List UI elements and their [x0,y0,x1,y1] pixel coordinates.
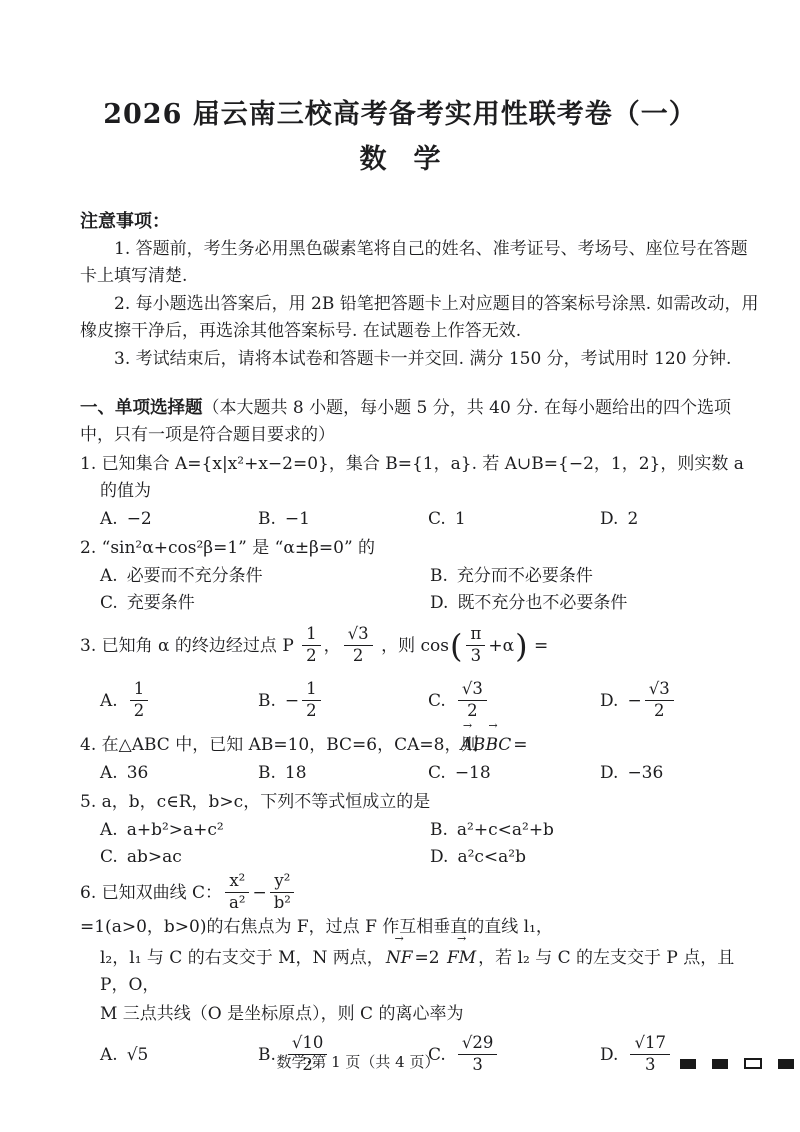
fraction-numerator: y² [270,872,294,893]
fraction-denominator: 2 [302,646,321,666]
option-text: 18 [285,760,307,787]
fraction-denominator: 2 [302,701,321,721]
stem-text: = [529,633,549,660]
exam-subject: 数 学 [0,137,800,176]
question-2-options: A.必要而不充分条件 B.充分而不必要条件 C.充要条件 D.既不充分也不必要条… [80,563,762,617]
exam-title: 2026 届云南三校高考备考实用性联考卷（一） [0,92,800,131]
option-d: D.−√32 [600,674,762,728]
option-a: A.12 [100,674,258,728]
fraction-denominator: a² [225,893,249,913]
stem-text: =2 [414,948,444,968]
notice-item-2: 2. 每小题选出答案后，用 2B 铅笔把答题卡上对应题目的答案标号涂黑. 如需改… [80,291,762,345]
fraction-denominator: 3 [467,646,486,666]
question-6-stem-line-2: l₂，l₁ 与 C 的右支交于 M，N 两点，NF=2 FM，若 l₂ 与 C … [80,943,762,999]
option-text: −36 [627,760,663,787]
left-paren: ( [449,630,463,662]
equals-sign: = [513,735,527,755]
print-mark-1 [680,1059,696,1069]
fraction-denominator: b² [270,893,295,913]
fraction-numerator: x² [225,872,249,893]
page-footer: 数学·第 1 页（共 4 页） [0,1051,758,1072]
fraction-numerator: 1 [302,680,321,701]
option-text: −1 [285,506,310,533]
stem-text: l₂，l₁ 与 C 的右支交于 M，N 两点， [100,948,384,968]
fraction-numerator: √3 [344,625,373,646]
fraction: √32 [344,625,373,666]
fraction-denominator: 2 [349,646,368,666]
fraction: 12 [130,680,149,721]
option-label: D. [430,844,448,871]
option-text: a²+c<a²+b [457,817,554,844]
option-text: a+b²>a+c² [127,817,224,844]
option-sign: − [285,688,299,715]
option-a: A.必要而不充分条件 [100,563,430,590]
option-b: B.充分而不必要条件 [430,563,762,590]
option-b: B.a²+c<a²+b [430,817,762,844]
stem-text: 4. 在△ABC 中，已知 AB=10，BC=6，CA=8，则 [80,735,478,755]
option-label: C. [428,760,446,787]
question-6-stem-line-1: 6. 已知双曲线 C： x²a² − y²b² =1(a>0，b>0)的右焦点为… [80,873,762,941]
question-2-stem: 2. “sin²α+cos²β=1” 是 “α±β=0” 的 [80,535,762,562]
vector-NF: NF [386,943,413,972]
option-text: −18 [455,760,491,787]
option-c: C.ab>ac [100,844,430,871]
print-mark-3 [744,1058,762,1069]
option-label: D. [430,590,448,617]
fraction-denominator: 2 [463,701,482,721]
option-c: C.充要条件 [100,590,430,617]
question-5-options: A.a+b²>a+c² B.a²+c<a²+b C.ab>ac D.a²c<a²… [80,817,762,871]
question-4-stem: 4. 在△ABC 中，已知 AB=10，BC=6，CA=8，则AB · BC= [80,730,762,759]
stem-text: +α [488,633,514,660]
option-c: C.−18 [428,760,600,787]
option-label: A. [100,563,118,590]
print-mark-2 [712,1059,728,1069]
fraction: y²b² [270,872,295,913]
stem-text: ，则 cos [376,633,449,660]
option-label: B. [258,506,276,533]
option-label: D. [600,760,618,787]
option-d: D.既不充分也不必要条件 [430,590,762,617]
option-text: 充要条件 [127,590,195,617]
option-label: C. [428,688,446,715]
fraction-numerator: 1 [302,625,321,646]
option-d: D.a²c<a²b [430,844,762,871]
vector-FM: FM [447,943,476,972]
option-text: 必要而不充分条件 [127,563,263,590]
print-registration-marks [680,1058,794,1069]
option-label: A. [100,506,118,533]
option-text: 充分而不必要条件 [457,563,593,590]
option-text: ab>ac [127,844,182,871]
option-label: B. [258,688,276,715]
section-title: 一、单项选择题（本大题共 8 小题，每小题 5 分，共 40 分. 在每小题给出… [80,395,762,449]
stem-text: 6. 已知双曲线 C： [80,880,222,907]
option-a: A.−2 [100,506,258,533]
fraction: 12 [302,625,321,666]
question-3-options: A.12 B.−12 C.√32 D.−√32 [80,674,762,728]
right-paren: ) [514,630,528,662]
option-text: 1 [455,506,466,533]
question-1-options: A.−2 B.−1 C.1 D.2 [80,506,762,533]
option-b: B.−12 [258,674,428,728]
fraction-numerator: π [466,625,485,646]
fraction: √32 [645,680,674,721]
option-label: B. [258,760,276,787]
option-label: C. [100,590,118,617]
option-label: D. [600,506,618,533]
option-d: D.−36 [600,760,762,787]
minus-sign: − [253,880,267,907]
page-content: 注意事项： 1. 答题前，考生务必用黑色碳素笔将自己的姓名、准考证号、考场号、座… [80,208,762,1083]
fraction: π3 [466,625,485,666]
question-6-stem-line-3: M 三点共线（O 是坐标原点），则 C 的离心率为 [80,1001,762,1028]
fraction-denominator: 2 [130,701,149,721]
option-text: 既不充分也不必要条件 [457,590,627,617]
notice-item-3: 3. 考试结束后，请将本试卷和答题卡一并交回. 满分 150 分，考试用时 12… [80,346,762,373]
option-label: A. [100,817,118,844]
option-text: 36 [127,760,149,787]
option-a: A.36 [100,760,258,787]
question-3-stem: 3. 已知角 α 的终边经过点 P 12 ， √32 ，则 cos ( π3 +… [80,619,762,673]
option-label: C. [100,844,118,871]
option-d: D.2 [600,506,762,533]
print-mark-4 [778,1059,794,1069]
fraction: 12 [302,680,321,721]
fraction-numerator: √3 [645,680,674,701]
option-sign: − [627,688,641,715]
question-5-stem: 5. a，b，c∈R，b>c，下列不等式恒成立的是 [80,789,762,816]
fraction: √32 [458,680,487,721]
fraction-numerator: 1 [130,680,149,701]
option-label: B. [430,817,448,844]
stem-text: =1(a>0，b>0)的右焦点为 F，过点 F 作互相垂直的直线 l₁， [80,914,553,941]
option-label: D. [600,688,618,715]
option-text: a²c<a²b [457,844,526,871]
option-a: A.a+b²>a+c² [100,817,430,844]
fraction-numerator: √3 [458,680,487,701]
question-4-options: A.36 B.18 C.−18 D.−36 [80,760,762,787]
notice-item-1: 1. 答题前，考生务必用黑色碳素笔将自己的姓名、准考证号、考场号、座位号在答题卡… [80,236,762,290]
stem-text: ， [324,633,341,660]
option-label: B. [430,563,448,590]
option-label: A. [100,688,118,715]
vector-BC: BC [505,730,511,759]
option-label: A. [100,760,118,787]
option-c: C.1 [428,506,600,533]
option-text: −2 [127,506,152,533]
option-b: B.−1 [258,506,428,533]
question-1-stem: 1. 已知集合 A={x|x²+x−2=0}，集合 B={1，a}. 若 A∪B… [80,451,762,505]
option-b: B.18 [258,760,428,787]
fraction-denominator: 2 [650,701,669,721]
exam-paper-page: 2026 届云南三校高考备考实用性联考卷（一） 数 学 注意事项： 1. 答题前… [0,0,800,1132]
stem-text: 3. 已知角 α 的终边经过点 P [80,633,299,660]
section-title-lead: 一、单项选择题 [80,398,203,418]
option-text: 2 [627,506,638,533]
option-c: C.√32 [428,674,600,728]
notice-heading: 注意事项： [80,208,762,235]
option-label: C. [428,506,446,533]
fraction: x²a² [225,872,249,913]
